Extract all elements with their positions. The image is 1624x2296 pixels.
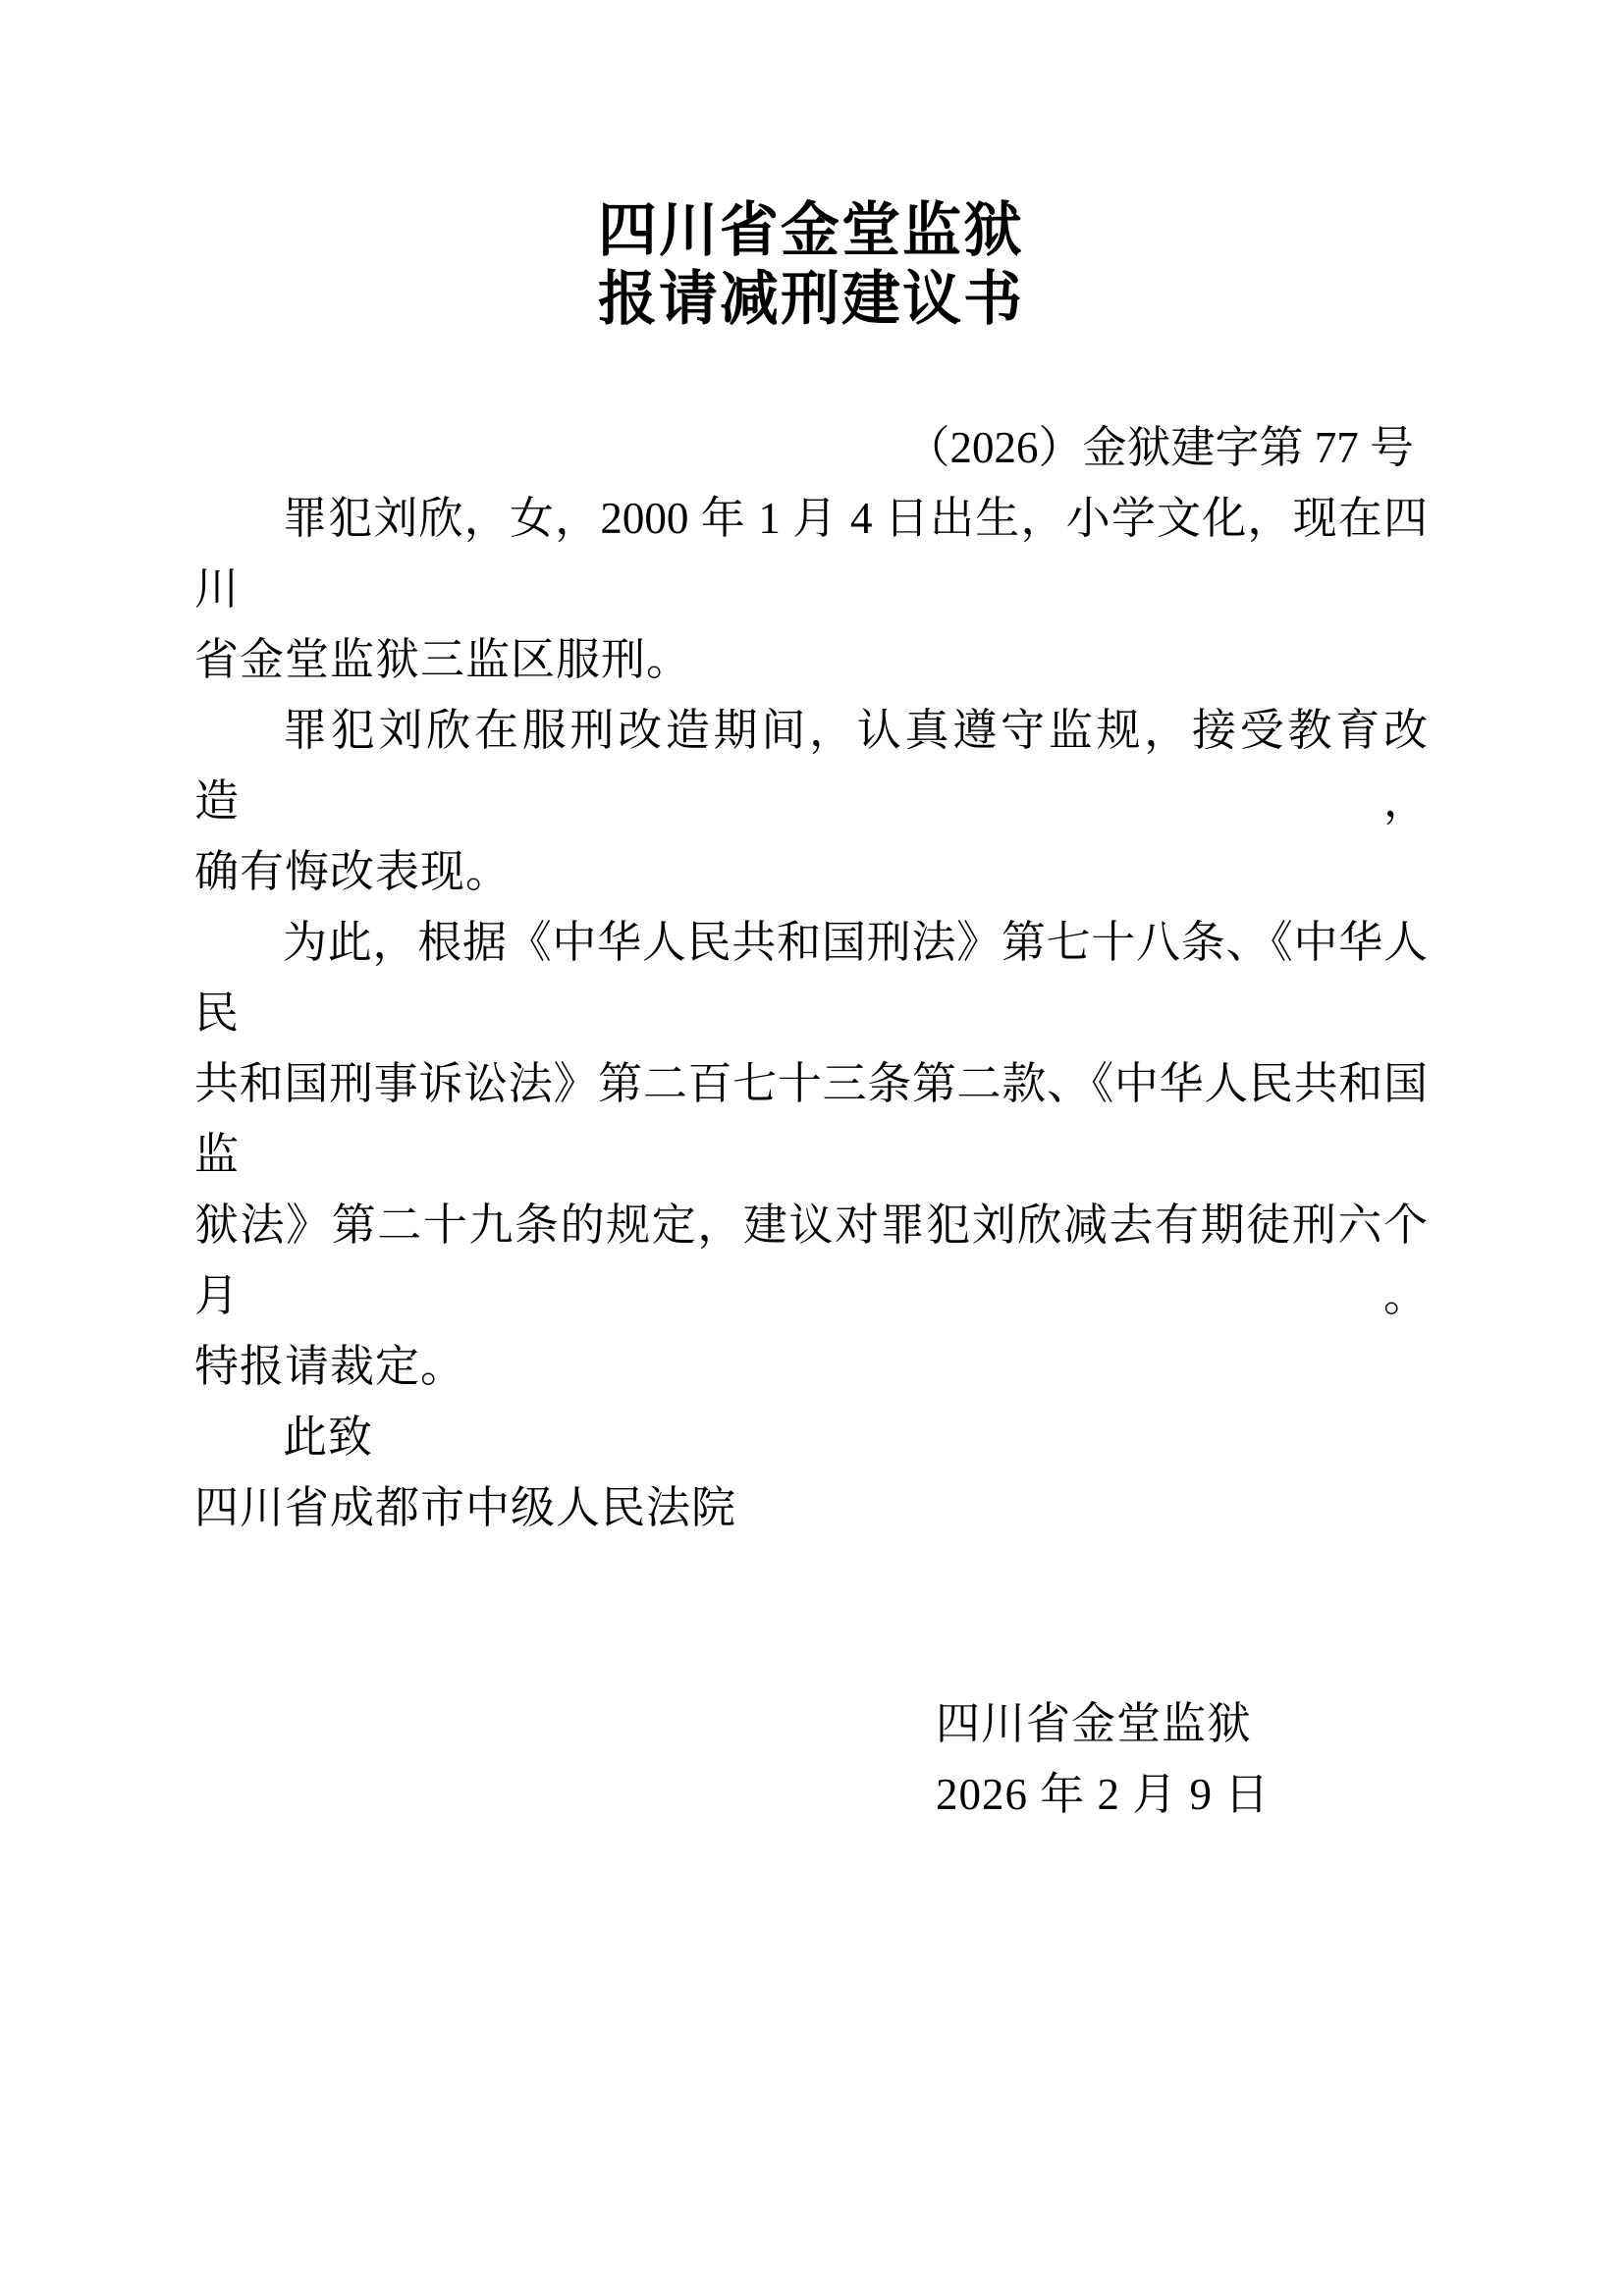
body-line: 狱法》第二十九条的规定，建议对罪犯刘欣减去有期徒刑六个月。 (194, 1190, 1428, 1331)
document-title-line1: 四川省金堂监狱 (194, 196, 1428, 265)
closing-recipient: 四川省成都市中级人民法院 (194, 1472, 1428, 1543)
signature-org: 四川省金堂监狱 (936, 1688, 1428, 1759)
body-line: 罪犯刘欣，女，2000 年 1 月 4 日出生，小学文化，现在四川 (194, 483, 1428, 624)
body-line: 为此，根据《中华人民共和国刑法》第七十八条、《中华人民 (194, 907, 1428, 1048)
body-line: 共和国刑事诉讼法》第二百七十三条第二款、《中华人民共和国监 (194, 1048, 1428, 1190)
document-title: 四川省金堂监狱 报请减刑建议书 (194, 196, 1428, 334)
signature-block: 四川省金堂监狱 2026 年 2 月 9 日 (936, 1688, 1428, 1830)
document-title-line2: 报请减刑建议书 (194, 265, 1428, 334)
body-line: 罪犯刘欣在服刑改造期间，认真遵守监规，接受教育改造， (194, 695, 1428, 836)
document-number: （2026）金狱建字第 77 号 (194, 412, 1428, 483)
signature-date: 2026 年 2 月 9 日 (936, 1759, 1428, 1830)
body-line: 特报请裁定。 (194, 1331, 1428, 1402)
body-line: 省金堂监狱三监区服刑。 (194, 624, 1428, 695)
document-page: 四川省金堂监狱 报请减刑建议书 （2026）金狱建字第 77 号 罪犯刘欣，女，… (0, 0, 1624, 2296)
body-line: 确有悔改表现。 (194, 836, 1428, 907)
document-content: 四川省金堂监狱 报请减刑建议书 （2026）金狱建字第 77 号 罪犯刘欣，女，… (0, 0, 1624, 1830)
document-body: 罪犯刘欣，女，2000 年 1 月 4 日出生，小学文化，现在四川 省金堂监狱三… (194, 483, 1428, 1543)
closing-salute: 此致 (194, 1402, 1428, 1472)
